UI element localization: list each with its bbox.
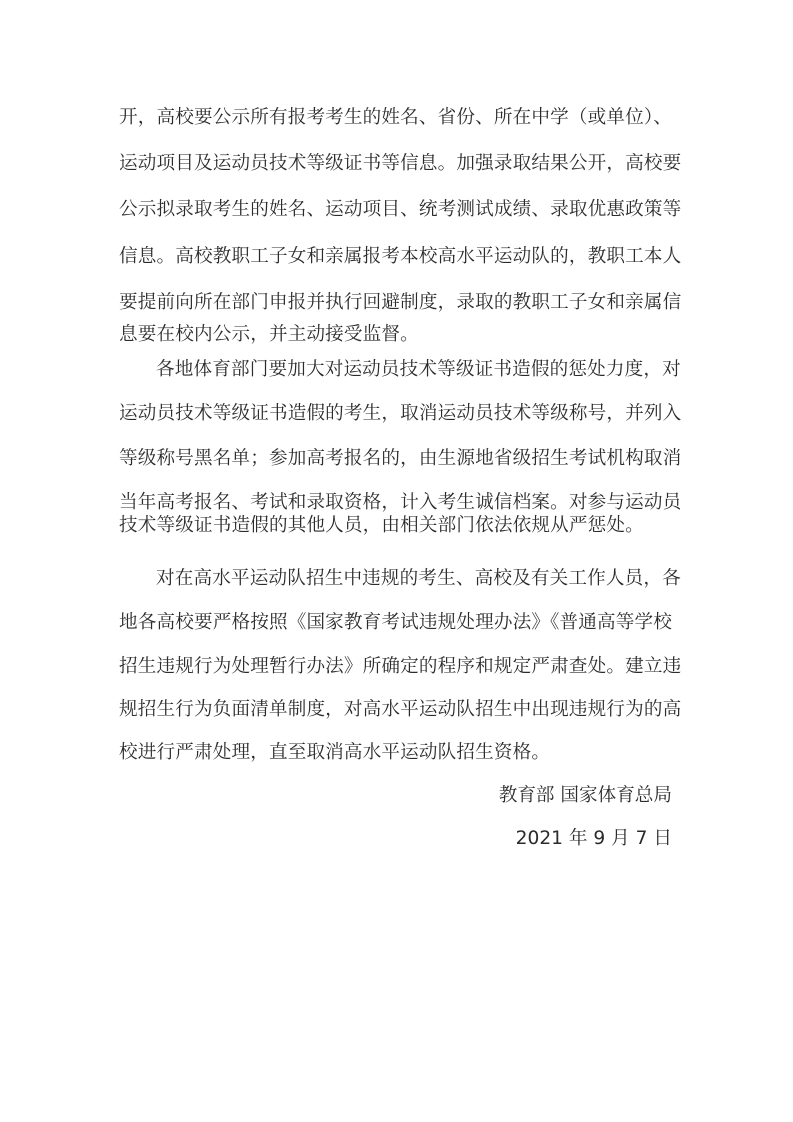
- paragraph-1-line-6: 息要在校内公示，并主动接受监督。: [119, 323, 419, 347]
- paragraph-2-line-2: 运动员技术等级证书造假的考生，取消运动员技术等级称号，并列入: [119, 402, 681, 426]
- paragraph-1-line-2: 运动项目及运动员技术等级证书等信息。加强录取结果公开，高校要: [119, 152, 681, 176]
- paragraph-2-line-1: 各地体育部门要加大对运动员技术等级证书造假的惩处力度，对: [156, 358, 681, 382]
- paragraph-2-line-3: 等级称号黑名单；参加高考报名的，由生源地省级招生考试机构取消: [119, 447, 681, 471]
- issuer-signature: 教育部 国家体育总局: [499, 784, 672, 808]
- paragraph-3-line-5: 校进行严肃处理，直至取消高水平运动队招生资格。: [119, 741, 550, 765]
- document-page: 开，高校要公示所有报考考生的姓名、省份、所在中学（或单位）、 运动项目及运动员技…: [0, 0, 793, 1122]
- paragraph-1-line-4: 信息。高校教职工子女和亲属报考本校高水平运动队的，教职工本人: [119, 245, 681, 269]
- issue-date: 2021 年 9 月 7 日: [516, 827, 672, 851]
- paragraph-3-line-1: 对在高水平运动队招生中违规的考生、高校及有关工作人员，各: [156, 567, 681, 591]
- paragraph-3-line-4: 规招生行为负面清单制度，对高水平运动队招生中出现违规行为的高: [119, 698, 681, 722]
- paragraph-2-line-5: 技术等级证书造假的其他人员，由相关部门依法依规从严惩处。: [119, 514, 644, 538]
- paragraph-3-line-3: 招生违规行为处理暂行办法》所确定的程序和规定严肃查处。建立违: [119, 655, 681, 679]
- paragraph-1-line-1: 开，高校要公示所有报考考生的姓名、省份、所在中学（或单位）、: [119, 106, 672, 130]
- paragraph-1-line-5: 要提前向所在部门申报并执行回避制度，录取的教职工子女和亲属信: [119, 291, 681, 315]
- paragraph-1-line-3: 公示拟录取考生的姓名、运动项目、统考测试成绩、录取优惠政策等: [119, 198, 681, 222]
- paragraph-3-line-2: 地各高校要严格按照《国家教育考试违规处理办法》《普通高等学校: [119, 611, 672, 635]
- paragraph-2-line-4: 当年高考报名、考试和录取资格，计入考生诚信档案。对参与运动员: [119, 491, 681, 515]
